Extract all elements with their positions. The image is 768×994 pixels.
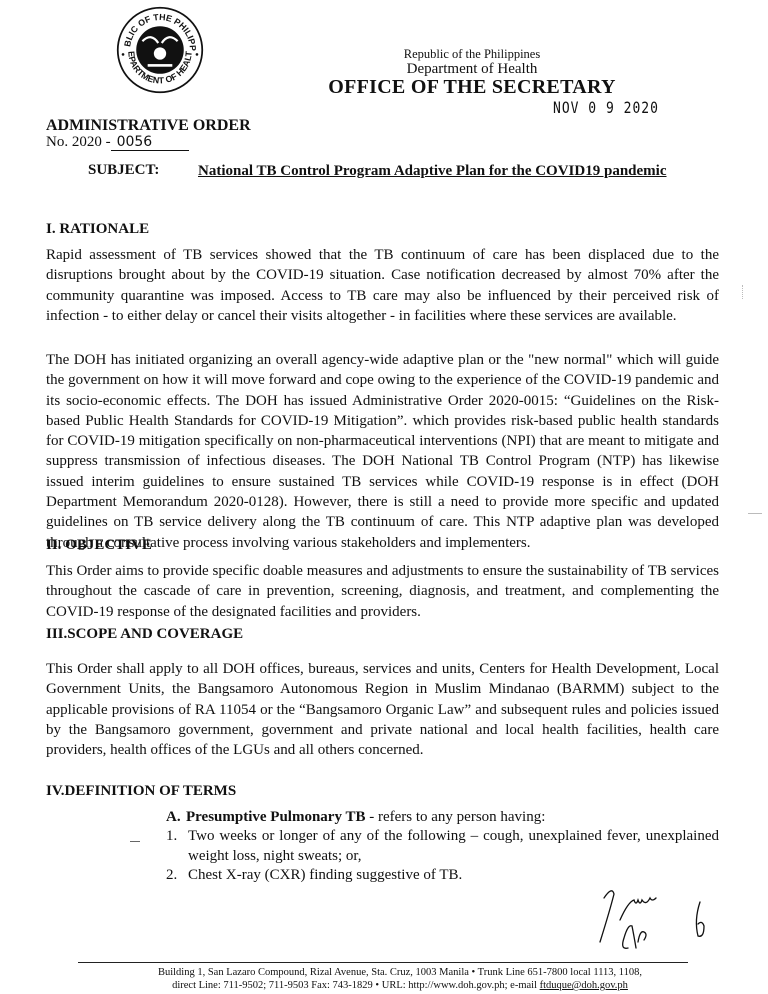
definition-letter: A. bbox=[166, 808, 186, 827]
subject-label: SUBJECT: bbox=[88, 162, 159, 179]
order-number-handwritten: 0056 bbox=[111, 135, 189, 151]
date-stamp: NOV 0 9 2020 bbox=[553, 99, 659, 118]
section-heading-rationale: I. RATIONALE bbox=[46, 221, 149, 238]
rationale-paragraph-2: The DOH has initiated organizing an over… bbox=[46, 350, 719, 553]
section-heading-objective: II. OBJECTIVE bbox=[46, 537, 152, 554]
order-number-prefix: No. 2020 - bbox=[46, 134, 111, 150]
footer-divider bbox=[78, 962, 688, 963]
header-office: OFFICE OF THE SECRETARY bbox=[88, 76, 768, 99]
scan-margin-dash bbox=[748, 513, 762, 514]
footer-contact: direct Line: 711-9502; 711-9503 Fax: 743… bbox=[60, 979, 740, 992]
order-number: No. 2020 -0056 bbox=[46, 134, 189, 151]
definition-term: Presumptive Pulmonary TB bbox=[186, 809, 365, 825]
subject-text: National TB Control Program Adaptive Pla… bbox=[198, 162, 738, 181]
rationale-paragraph-1: Rapid assessment of TB services showed t… bbox=[46, 245, 719, 326]
order-title: ADMINISTRATIVE ORDER bbox=[46, 117, 251, 135]
section-heading-definitions: IV.DEFINITION OF TERMS bbox=[46, 783, 236, 800]
margin-dash bbox=[130, 841, 140, 842]
objective-paragraph: This Order aims to provide specific doab… bbox=[46, 561, 719, 622]
scope-paragraph: This Order shall apply to all DOH office… bbox=[46, 659, 719, 760]
definition-item: 1. Two weeks or longer of any of the fol… bbox=[166, 827, 719, 866]
footer-address: Building 1, San Lazaro Compound, Rizal A… bbox=[60, 966, 740, 979]
footer-email-link[interactable]: ftduque@doh.gov.ph bbox=[540, 980, 628, 991]
footer-contact-text: direct Line: 711-9502; 711-9503 Fax: 743… bbox=[172, 980, 540, 991]
header-republic: Republic of the Philippines bbox=[88, 47, 768, 62]
section-heading-scope: III.SCOPE AND COVERAGE bbox=[46, 626, 243, 643]
definition-items: 1. Two weeks or longer of any of the fol… bbox=[166, 827, 719, 886]
definition-desc: - refers to any person having: bbox=[365, 809, 545, 825]
definition-term-a: A. Presumptive Pulmonary TB - refers to … bbox=[166, 808, 719, 827]
scan-margin-mark bbox=[742, 285, 746, 299]
handwritten-initials-icon bbox=[590, 880, 720, 955]
